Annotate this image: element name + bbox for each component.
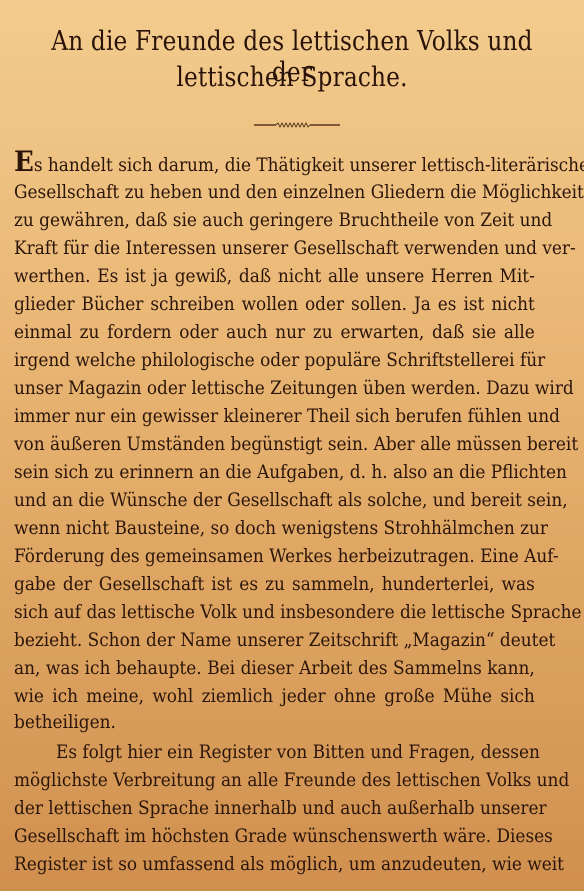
paragraph-1-line: bezieht. Schon der Name unserer Zeitschr…	[14, 628, 535, 654]
page-title-line-2: lettischen Sprache.	[41, 62, 543, 93]
paragraph-1-line: gabe der Gesellschaft ist es zu sammeln,…	[14, 572, 535, 598]
paragraph-1-line-last: betheiligen.	[14, 710, 535, 736]
paragraph-1-line: werthen. Es ist ja gewiß, daß nicht alle…	[14, 264, 535, 290]
paragraph-1-line: Kraft für die Interessen unserer Gesells…	[14, 236, 535, 262]
paragraph-1-line: immer nur ein gewisser kleinerer Theil s…	[14, 404, 535, 430]
paragraph-1-line: an, was ich behaupte. Bei dieser Arbeit …	[14, 656, 535, 682]
paragraph-1-line: glieder Bücher schreiben wollen oder sol…	[14, 292, 535, 318]
paragraph-2-line: der lettischen Sprache innerhalb und auc…	[14, 796, 535, 822]
paragraph-1-line: sich auf das lettische Volk und insbeson…	[14, 600, 535, 626]
paragraph-2-line: Register ist so umfassend als möglich, u…	[14, 852, 535, 878]
paragraph-1-line: unser Magazin oder lettische Zeitungen ü…	[14, 376, 535, 402]
paragraph-1-line: von äußeren Umständen begünstigt sein. A…	[14, 432, 535, 458]
ornamental-divider-icon	[254, 121, 340, 129]
paragraph-1-line: und an die Wünsche der Gesellschaft als …	[14, 488, 535, 514]
paragraph-1-line: wenn nicht Bausteine, so doch wenigstens…	[14, 516, 535, 542]
paragraph-1-line: Gesellschaft zu heben und den einzelnen …	[14, 180, 535, 206]
paragraph-1-line: sein sich zu erinnern an die Aufgaben, d…	[14, 460, 535, 486]
paragraph-1-line: Förderung des gemeinsamen Werkes herbeiz…	[14, 544, 535, 570]
paragraph-2-line: Gesellschaft im höchsten Grade wünschens…	[14, 824, 535, 850]
paragraph-1-line: zu gewähren, daß sie auch geringere Bruc…	[14, 208, 535, 234]
paragraph-1-line-1: Es handelt sich darum, die Thätigkeit un…	[14, 152, 535, 179]
paragraph-1-line: irgend welche philologische oder populär…	[14, 348, 535, 374]
scanned-page: An die Freunde des lettischen Volks und …	[0, 0, 584, 891]
paragraph-2-line: möglichste Verbreitung an alle Freunde d…	[14, 768, 535, 794]
drop-cap: E	[14, 145, 34, 178]
paragraph-2-line-1: Es folgt hier ein Register von Bitten un…	[56, 740, 540, 766]
paragraph-1-line: einmal zu fordern oder auch nur zu erwar…	[14, 320, 535, 346]
paragraph-1-line: wie ich meine, wohl ziemlich jeder ohne …	[14, 684, 535, 710]
